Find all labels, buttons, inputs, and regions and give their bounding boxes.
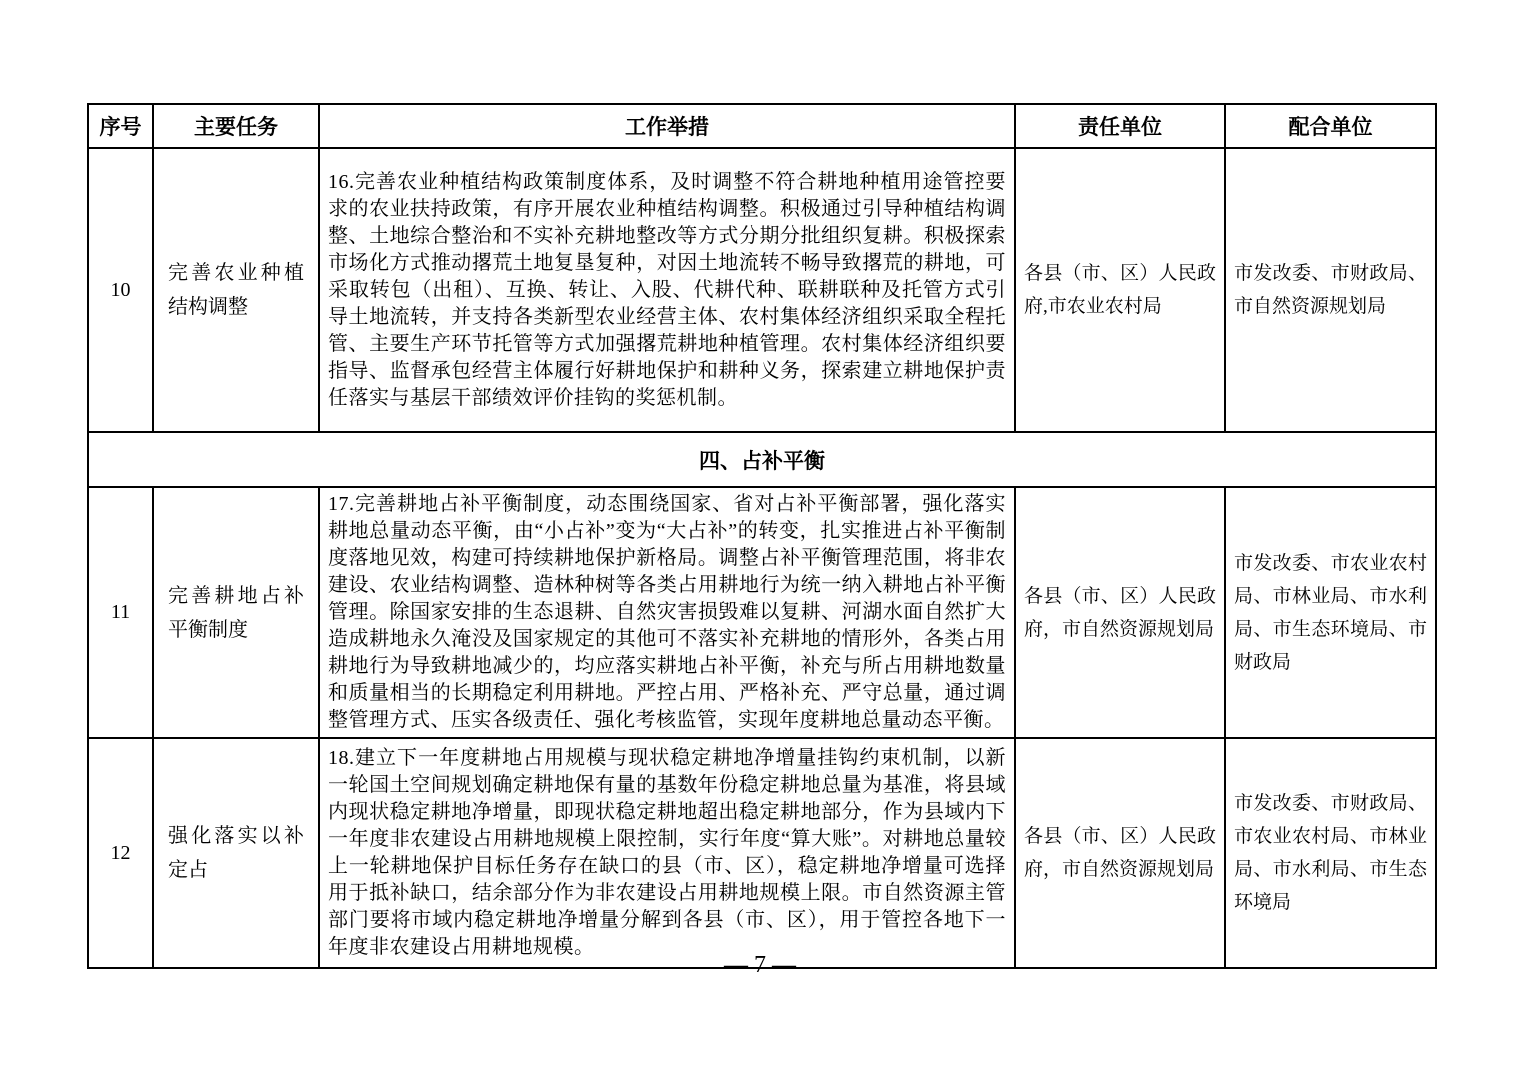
header-cell-responsible: 责任单位 bbox=[1015, 104, 1225, 148]
row-number: 12 bbox=[88, 738, 153, 968]
work-measures-table: 序号 主要任务 工作举措 责任单位 配合单位 10 完善农业种植结构调整 16.… bbox=[87, 103, 1437, 969]
header-cell-no: 序号 bbox=[88, 104, 153, 148]
document-page: 序号 主要任务 工作举措 责任单位 配合单位 10 完善农业种植结构调整 16.… bbox=[0, 0, 1520, 1074]
measures-cell: 17.完善耕地占补平衡制度，动态围绕国家、省对占补平衡部署，强化落实耕地总量动态… bbox=[319, 487, 1015, 738]
task-cell: 完善农业种植结构调整 bbox=[153, 148, 319, 432]
measures-cell: 16.完善农业种植结构政策制度体系，及时调整不符合耕地种植用途管控要求的农业扶持… bbox=[319, 148, 1015, 432]
cooperating-cell: 市发改委、市财政局、市农业农村局、市林业局、市水利局、市生态环境局 bbox=[1225, 738, 1436, 968]
table-header-row: 序号 主要任务 工作举措 责任单位 配合单位 bbox=[88, 104, 1436, 148]
section-title: 四、占补平衡 bbox=[88, 432, 1436, 487]
page-number: — 7 — bbox=[0, 952, 1520, 979]
table-row-11: 11 完善耕地占补平衡制度 17.完善耕地占补平衡制度，动态围绕国家、省对占补平… bbox=[88, 487, 1436, 738]
cooperating-cell: 市发改委、市农业农村局、市林业局、市水利局、市生态环境局、市财政局 bbox=[1225, 487, 1436, 738]
table-row-12: 12 强化落实以补定占 18.建立下一年度耕地占用规模与现状稳定耕地净增量挂钩约… bbox=[88, 738, 1436, 968]
header-cell-measures: 工作举措 bbox=[319, 104, 1015, 148]
cooperating-cell: 市发改委、市财政局、市自然资源规划局 bbox=[1225, 148, 1436, 432]
task-cell: 强化落实以补定占 bbox=[153, 738, 319, 968]
header-cell-task: 主要任务 bbox=[153, 104, 319, 148]
row-number: 10 bbox=[88, 148, 153, 432]
responsible-cell: 各县（市、区）人民政府，市自然资源规划局 bbox=[1015, 738, 1225, 968]
row-number: 11 bbox=[88, 487, 153, 738]
section-divider-row: 四、占补平衡 bbox=[88, 432, 1436, 487]
measures-cell: 18.建立下一年度耕地占用规模与现状稳定耕地净增量挂钩约束机制，以新一轮国土空间… bbox=[319, 738, 1015, 968]
responsible-cell: 各县（市、区）人民政府，市自然资源规划局 bbox=[1015, 487, 1225, 738]
table-row-10: 10 完善农业种植结构调整 16.完善农业种植结构政策制度体系，及时调整不符合耕… bbox=[88, 148, 1436, 432]
responsible-cell: 各县（市、区）人民政府,市农业农村局 bbox=[1015, 148, 1225, 432]
task-cell: 完善耕地占补平衡制度 bbox=[153, 487, 319, 738]
header-cell-cooperating: 配合单位 bbox=[1225, 104, 1436, 148]
